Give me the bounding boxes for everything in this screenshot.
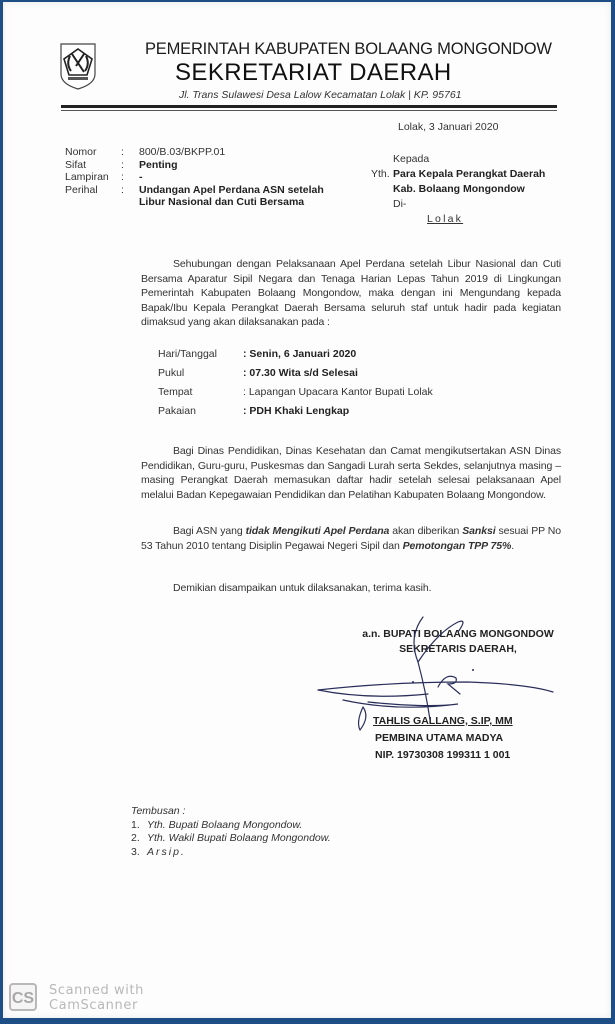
recipient-name: Para Kepala Perangkat Daerah xyxy=(393,168,545,180)
camscanner-logo-icon: CS xyxy=(9,983,37,1011)
meta-label: Lampiran xyxy=(65,171,119,184)
regency-coat-of-arms-icon xyxy=(59,42,97,90)
letter-meta: Nomor : 800/B.03/BKPP.01 Sifat : Penting… xyxy=(65,146,329,209)
letterhead-rule-thin xyxy=(61,110,557,111)
letter-page: PEMERINTAH KABUPATEN BOLAANG MONGONDOW S… xyxy=(3,2,611,1018)
letterhead-office: SEKRETARIAT DAERAH xyxy=(175,59,452,87)
cc-item: 2.Yth. Wakil Bupati Bolaang Mongondow. xyxy=(131,832,331,846)
meta-row-sifat: Sifat : Penting xyxy=(65,159,329,172)
letterhead-address: Jl. Trans Sulawesi Desa Lalow Kecamatan … xyxy=(179,89,462,101)
signatory-name: TAHLIS GALLANG, S.IP, MM xyxy=(373,715,513,727)
meta-row-lampiran: Lampiran : - xyxy=(65,171,329,184)
paragraph-instructions: Bagi Dinas Pendidikan, Dinas Kesehatan d… xyxy=(141,444,561,502)
meta-label: Sifat xyxy=(65,159,119,172)
signature-on-behalf: a.n. BUPATI BOLAANG MONGONDOW xyxy=(338,627,578,642)
recipient-block: Kepada Yth.Para Kepala Perangkat Daerah … xyxy=(371,152,545,227)
recipient-region: Kab. Bolaang Mongondow xyxy=(371,182,545,197)
carbon-copy-list: Tembusan : 1.Yth. Bupati Bolaang Mongond… xyxy=(131,805,331,859)
event-time: : 07.30 Wita s/d Selesai xyxy=(243,364,358,383)
cc-item: 1.Yth. Bupati Bolaang Mongondow. xyxy=(131,819,331,833)
letterhead-rule xyxy=(61,105,557,108)
paragraph-intro: Sehubungan dengan Pelaksanaan Apel Perda… xyxy=(141,257,561,330)
cc-title: Tembusan : xyxy=(131,805,331,819)
scanner-watermark: Scanned with CamScanner xyxy=(49,983,144,1013)
signature-block: a.n. BUPATI BOLAANG MONGONDOW SEKRETARIS… xyxy=(338,627,578,657)
detail-row: Pakaian : PDH Khaki Lengkap xyxy=(158,402,433,421)
event-date: : Senin, 6 Januari 2020 xyxy=(243,345,356,364)
meta-row-perihal: Perihal : Undangan Apel Perdana ASN sete… xyxy=(65,184,329,209)
letter-number: 800/B.03/BKPP.01 xyxy=(139,146,329,159)
letterhead-government: PEMERINTAH KABUPATEN BOLAANG MONGONDOW xyxy=(145,40,585,59)
recipient-place: Lolak xyxy=(371,212,545,227)
detail-row: Pukul : 07.30 Wita s/d Selesai xyxy=(158,364,433,383)
event-attire: : PDH Khaki Lengkap xyxy=(243,402,349,421)
meta-label: Nomor xyxy=(65,146,119,159)
cc-item: 3.Arsip. xyxy=(131,846,331,860)
signatory-rank: PEMBINA UTAMA MADYA xyxy=(375,732,503,744)
detail-row: Tempat : Lapangan Upacara Kantor Bupati … xyxy=(158,383,433,402)
letter-subject: Undangan Apel Perdana ASN setelah Libur … xyxy=(139,184,329,209)
letter-attachment: - xyxy=(139,171,329,184)
paragraph-sanctions: Bagi ASN yang tidak Mengikuti Apel Perda… xyxy=(141,524,561,553)
signatory-nip: NIP. 19730308 199311 1 001 xyxy=(375,749,510,761)
event-details: Hari/Tanggal : Senin, 6 Januari 2020 Puk… xyxy=(158,345,433,421)
meta-row-nomor: Nomor : 800/B.03/BKPP.01 xyxy=(65,146,329,159)
signature-position: SEKRETARIS DAERAH, xyxy=(338,642,578,657)
detail-row: Hari/Tanggal : Senin, 6 Januari 2020 xyxy=(158,345,433,364)
letter-nature: Penting xyxy=(139,159,329,172)
place-date: Lolak, 3 Januari 2020 xyxy=(398,121,498,133)
meta-label: Perihal xyxy=(65,184,119,209)
event-place: : Lapangan Upacara Kantor Bupati Lolak xyxy=(243,383,433,402)
paragraph-closing: Demikian disampaikan untuk dilaksanakan,… xyxy=(141,581,561,596)
